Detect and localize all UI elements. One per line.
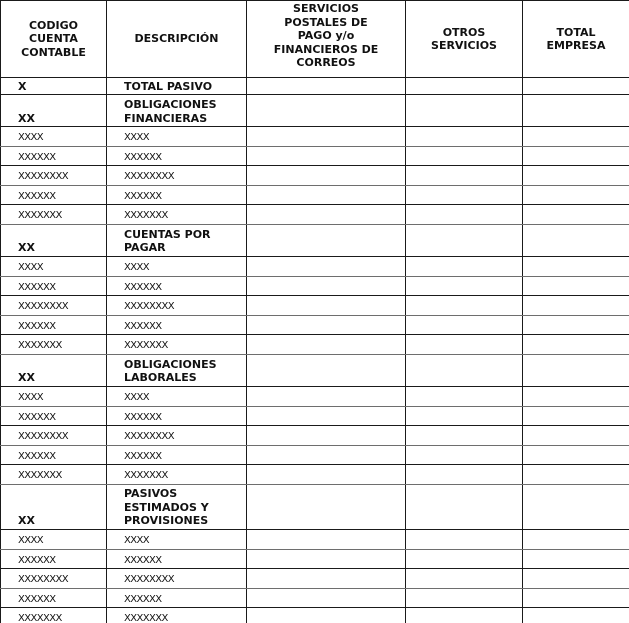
table-row: XXXXXXXXXXXXXX (1, 205, 629, 225)
cell-codigo: XX (1, 224, 107, 256)
cell-total-empresa (523, 95, 629, 127)
cell-servicios-postales (247, 608, 406, 623)
cell-otros-servicios (406, 78, 523, 95)
cell-total-empresa (523, 354, 629, 386)
cell-otros-servicios (406, 185, 523, 205)
cell-total-empresa (523, 484, 629, 529)
cell-codigo: XXXXXX (1, 406, 107, 426)
cell-codigo: XXXXXXXX (1, 426, 107, 446)
cell-codigo: XXXXXX (1, 276, 107, 296)
cell-codigo: XXXXXXXX (1, 296, 107, 316)
cell-servicios-postales (247, 354, 406, 386)
cell-descripcion: TOTAL PASIVO (107, 78, 247, 95)
cell-descripcion: XXXXXX (107, 315, 247, 335)
cell-otros-servicios (406, 465, 523, 485)
cell-descripcion: XXXXXX (107, 146, 247, 166)
cell-descripcion: XXXXXXX (107, 205, 247, 225)
cell-descripcion: CUENTAS POR PAGAR (107, 224, 247, 256)
cell-total-empresa (523, 386, 629, 406)
table-row: XXXXXXXXXXXXXX (1, 608, 629, 623)
cell-descripcion: XXXX (107, 127, 247, 147)
cell-descripcion: XXXXXXX (107, 608, 247, 623)
cell-descripcion: XXXXXXXX (107, 569, 247, 589)
header-otros-servicios: OTROS SERVICIOS (406, 1, 523, 78)
cell-codigo: XXXXXXX (1, 465, 107, 485)
cell-codigo: XXXX (1, 127, 107, 147)
cell-servicios-postales (247, 205, 406, 225)
cell-servicios-postales (247, 315, 406, 335)
cell-servicios-postales (247, 386, 406, 406)
cell-total-empresa (523, 529, 629, 549)
cell-otros-servicios (406, 95, 523, 127)
cell-descripcion: OBLIGACIONES FINANCIERAS (107, 95, 247, 127)
cell-total-empresa (523, 335, 629, 355)
cell-servicios-postales (247, 146, 406, 166)
table-row: XXXXXXXX (1, 256, 629, 276)
cell-servicios-postales (247, 406, 406, 426)
cell-codigo: XXXXXX (1, 445, 107, 465)
cell-total-empresa (523, 205, 629, 225)
cell-total-empresa (523, 296, 629, 316)
cell-otros-servicios (406, 127, 523, 147)
cell-otros-servicios (406, 276, 523, 296)
cell-servicios-postales (247, 335, 406, 355)
cell-otros-servicios (406, 296, 523, 316)
cell-servicios-postales (247, 166, 406, 186)
cell-codigo: XXXXXXX (1, 335, 107, 355)
table-row: XXXXXXXXXXXX (1, 146, 629, 166)
cell-otros-servicios (406, 608, 523, 623)
cell-otros-servicios (406, 529, 523, 549)
table-row: XXXXXXXXXXXX (1, 185, 629, 205)
cell-descripcion: XXXXXXX (107, 465, 247, 485)
cell-codigo: XXXXXX (1, 588, 107, 608)
liabilities-accounts-table: CODIGO CUENTA CONTABLE DESCRIPCIÓN SERVI… (0, 0, 629, 623)
cell-codigo: XXXXXX (1, 315, 107, 335)
cell-otros-servicios (406, 205, 523, 225)
table-row-group-heading: XXOBLIGACIONES FINANCIERAS (1, 95, 629, 127)
cell-total-empresa (523, 445, 629, 465)
cell-otros-servicios (406, 335, 523, 355)
cell-descripcion: XXXX (107, 386, 247, 406)
cell-otros-servicios (406, 386, 523, 406)
cell-total-empresa (523, 146, 629, 166)
cell-otros-servicios (406, 406, 523, 426)
table-row-group-heading: XXCUENTAS POR PAGAR (1, 224, 629, 256)
cell-codigo: XX (1, 354, 107, 386)
cell-descripcion: XXXXXX (107, 276, 247, 296)
cell-total-empresa (523, 127, 629, 147)
header-codigo-cuenta-contable: CODIGO CUENTA CONTABLE (1, 1, 107, 78)
cell-descripcion: XXXXXX (107, 406, 247, 426)
table-row-group-heading: XXPASIVOS ESTIMADOS Y PROVISIONES (1, 484, 629, 529)
cell-otros-servicios (406, 146, 523, 166)
cell-descripcion: XXXXXX (107, 445, 247, 465)
table-row: XXXXXXXXXXXX (1, 276, 629, 296)
cell-total-empresa (523, 166, 629, 186)
table-body: XTOTAL PASIVOXXOBLIGACIONES FINANCIERASX… (1, 78, 629, 623)
header-descripcion: DESCRIPCIÓN (107, 1, 247, 78)
cell-servicios-postales (247, 484, 406, 529)
cell-total-empresa (523, 315, 629, 335)
table-row: XXXXXXXXXXXXXXXX (1, 166, 629, 186)
cell-descripcion: XXXXXXX (107, 335, 247, 355)
cell-otros-servicios (406, 426, 523, 446)
cell-codigo: XXXXXXX (1, 608, 107, 623)
cell-servicios-postales (247, 569, 406, 589)
cell-descripcion: XXXXXX (107, 185, 247, 205)
table-row-group-heading: XXOBLIGACIONES LABORALES (1, 354, 629, 386)
cell-servicios-postales (247, 185, 406, 205)
cell-total-empresa (523, 185, 629, 205)
cell-otros-servicios (406, 588, 523, 608)
header-servicios-postales: SERVICIOS POSTALES DE PAGO y/o FINANCIER… (247, 1, 406, 78)
table-row: XXXXXXXXXXXX (1, 315, 629, 335)
cell-codigo: XXXXXXX (1, 205, 107, 225)
cell-total-empresa (523, 224, 629, 256)
cell-total-empresa (523, 608, 629, 623)
table-row: XXXXXXXXXXXXXX (1, 335, 629, 355)
table-row: XXXXXXXX (1, 386, 629, 406)
cell-total-empresa (523, 256, 629, 276)
cell-descripcion: XXXXXXXX (107, 426, 247, 446)
cell-servicios-postales (247, 465, 406, 485)
table-row-group-heading: XTOTAL PASIVO (1, 78, 629, 95)
table-row: XXXXXXXXXXXX (1, 588, 629, 608)
cell-descripcion: OBLIGACIONES LABORALES (107, 354, 247, 386)
cell-descripcion: XXXX (107, 256, 247, 276)
cell-servicios-postales (247, 296, 406, 316)
cell-codigo: XXXX (1, 256, 107, 276)
table-row: XXXXXXXXXXXX (1, 445, 629, 465)
cell-otros-servicios (406, 224, 523, 256)
cell-codigo: XXXXXX (1, 549, 107, 569)
header-total-empresa: TOTAL EMPRESA (523, 1, 629, 78)
cell-codigo: XXXXXXXX (1, 569, 107, 589)
cell-total-empresa (523, 549, 629, 569)
cell-servicios-postales (247, 276, 406, 296)
table-row: XXXXXXXXXXXXXXXX (1, 569, 629, 589)
cell-otros-servicios (406, 354, 523, 386)
cell-servicios-postales (247, 224, 406, 256)
cell-servicios-postales (247, 445, 406, 465)
cell-descripcion: XXXXXXXX (107, 166, 247, 186)
table-row: XXXXXXXXXXXX (1, 549, 629, 569)
cell-servicios-postales (247, 426, 406, 446)
cell-otros-servicios (406, 569, 523, 589)
cell-otros-servicios (406, 166, 523, 186)
table-row: XXXXXXXXXXXX (1, 406, 629, 426)
cell-total-empresa (523, 588, 629, 608)
cell-servicios-postales (247, 588, 406, 608)
cell-descripcion: XXXX (107, 529, 247, 549)
cell-total-empresa (523, 465, 629, 485)
table-row: XXXXXXXX (1, 529, 629, 549)
cell-servicios-postales (247, 256, 406, 276)
cell-descripcion: XXXXXX (107, 549, 247, 569)
cell-servicios-postales (247, 127, 406, 147)
cell-codigo: XX (1, 95, 107, 127)
cell-total-empresa (523, 426, 629, 446)
cell-codigo: XXXX (1, 529, 107, 549)
cell-total-empresa (523, 78, 629, 95)
cell-servicios-postales (247, 78, 406, 95)
cell-servicios-postales (247, 529, 406, 549)
table-header: CODIGO CUENTA CONTABLE DESCRIPCIÓN SERVI… (1, 1, 629, 78)
cell-otros-servicios (406, 256, 523, 276)
cell-descripcion: XXXXXXXX (107, 296, 247, 316)
cell-total-empresa (523, 276, 629, 296)
cell-codigo: XXXX (1, 386, 107, 406)
cell-total-empresa (523, 569, 629, 589)
cell-total-empresa (523, 406, 629, 426)
table-row: XXXXXXXXXXXXXXXX (1, 426, 629, 446)
table-row: XXXXXXXXXXXXXX (1, 465, 629, 485)
cell-otros-servicios (406, 484, 523, 529)
cell-codigo: XXXXXXXX (1, 166, 107, 186)
cell-codigo: X (1, 78, 107, 95)
cell-otros-servicios (406, 315, 523, 335)
cell-servicios-postales (247, 549, 406, 569)
cell-codigo: XXXXXX (1, 146, 107, 166)
cell-otros-servicios (406, 549, 523, 569)
cell-descripcion: XXXXXX (107, 588, 247, 608)
cell-otros-servicios (406, 445, 523, 465)
cell-codigo: XX (1, 484, 107, 529)
header-row: CODIGO CUENTA CONTABLE DESCRIPCIÓN SERVI… (1, 1, 629, 78)
table-row: XXXXXXXX (1, 127, 629, 147)
table-row: XXXXXXXXXXXXXXXX (1, 296, 629, 316)
cell-servicios-postales (247, 95, 406, 127)
cell-codigo: XXXXXX (1, 185, 107, 205)
cell-descripcion: PASIVOS ESTIMADOS Y PROVISIONES (107, 484, 247, 529)
